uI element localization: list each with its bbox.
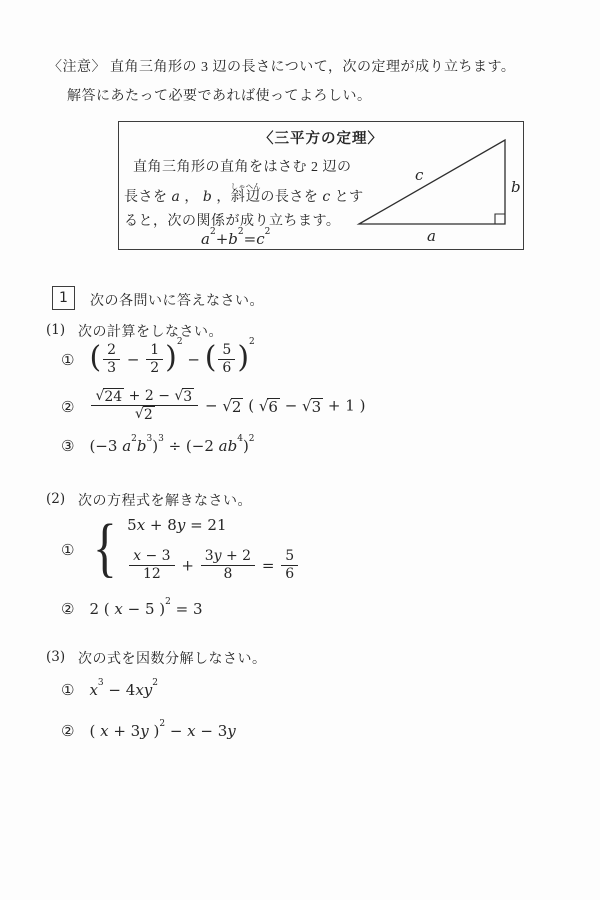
equation-system: { 5x + 8y = 21 x − 312 + 3y + 28 = 56 <box>89 516 300 584</box>
item-1-3-expression: (−3 a2b3)3 ÷ (−2 ab4)2 <box>89 437 254 455</box>
item-3-2-expression: ( x + 3y )2 − x − 3y <box>89 722 235 740</box>
notice-line-1: 〈注意〉 直角三角形の 3 辺の長さについて，次の定理が成り立ちます。 <box>48 56 515 76</box>
item-3-2: ② ( x + 3y )2 − x − 3y <box>61 722 236 740</box>
triangle-base-label: a <box>427 227 436 245</box>
system-equation-2: x − 312 + 3y + 28 = 56 <box>127 549 300 584</box>
item-1-3-number: ③ <box>61 437 74 455</box>
part-1-label: (1) <box>46 322 65 338</box>
item-3-1-number: ① <box>61 681 74 699</box>
theorem-text-line-1: 直角三角形の直角をはさむ 2 辺の <box>133 156 352 176</box>
part-2-label: (2) <box>46 491 65 507</box>
theorem-formula: a2+b2=c2 <box>201 230 270 248</box>
item-2-1-number: ① <box>61 541 74 559</box>
item-1-1-expression: (23 − 12)2 − (56)2 <box>89 343 254 378</box>
item-3-1: ① x3 − 4xy2 <box>61 681 158 699</box>
system-equation-1: 5x + 8y = 21 <box>127 516 300 534</box>
part-3-label: (3) <box>46 649 65 665</box>
item-3-2-number: ② <box>61 722 74 740</box>
problem-number-box: 1 <box>52 286 75 310</box>
triangle-outline <box>359 140 505 224</box>
item-2-2-expression: 2 ( x − 5 )2 = 3 <box>89 600 202 618</box>
item-2-2-number: ② <box>61 600 74 618</box>
item-1-2-number: ② <box>61 398 74 416</box>
theorem-box: 〈三平方の定理〉 直角三角形の直角をはさむ 2 辺の 長さを a ， b ，斜辺… <box>118 121 524 250</box>
notice-line-2: 解答にあたって必要であれば使ってよろしい。 <box>67 85 372 105</box>
item-2-1: ① { 5x + 8y = 21 x − 312 + 3y + 28 = 56 <box>61 516 300 584</box>
part-2-prompt: 次の方程式を解きなさい。 <box>78 490 252 510</box>
item-1-3: ③ (−3 a2b3)3 ÷ (−2 ab4)2 <box>61 437 255 455</box>
exam-page: 〈注意〉 直角三角形の 3 辺の長さについて，次の定理が成り立ちます。 解答にあ… <box>0 0 600 900</box>
right-triangle-figure: c b a <box>355 136 525 246</box>
part-3-prompt: 次の式を因数分解しなさい。 <box>78 648 267 668</box>
right-angle-mark <box>495 214 505 224</box>
part-1-prompt: 次の計算をしなさい。 <box>78 321 223 341</box>
item-1-1-number: ① <box>61 351 74 369</box>
item-1-2: ② √24 + 2 − √3√2 − √2 ( √6 − √3 + 1 ) <box>61 389 365 424</box>
problem-lead: 次の各問いに答えなさい。 <box>90 290 264 310</box>
triangle-vertical-side-label: b <box>511 178 521 196</box>
item-1-1: ① (23 − 12)2 − (56)2 <box>61 343 255 378</box>
theorem-text-line-2: 長さを a ， b ，斜辺しゃへんの長さを c とす <box>124 182 364 206</box>
item-1-2-expression: √24 + 2 − √3√2 − √2 ( √6 − √3 + 1 ) <box>89 389 365 424</box>
triangle-hypotenuse-label: c <box>415 166 424 184</box>
item-3-1-expression: x3 − 4xy2 <box>89 681 158 699</box>
theorem-text-line-3: ると，次の関係が成り立ちます。 <box>124 210 340 230</box>
item-2-2: ② 2 ( x − 5 )2 = 3 <box>61 600 203 618</box>
